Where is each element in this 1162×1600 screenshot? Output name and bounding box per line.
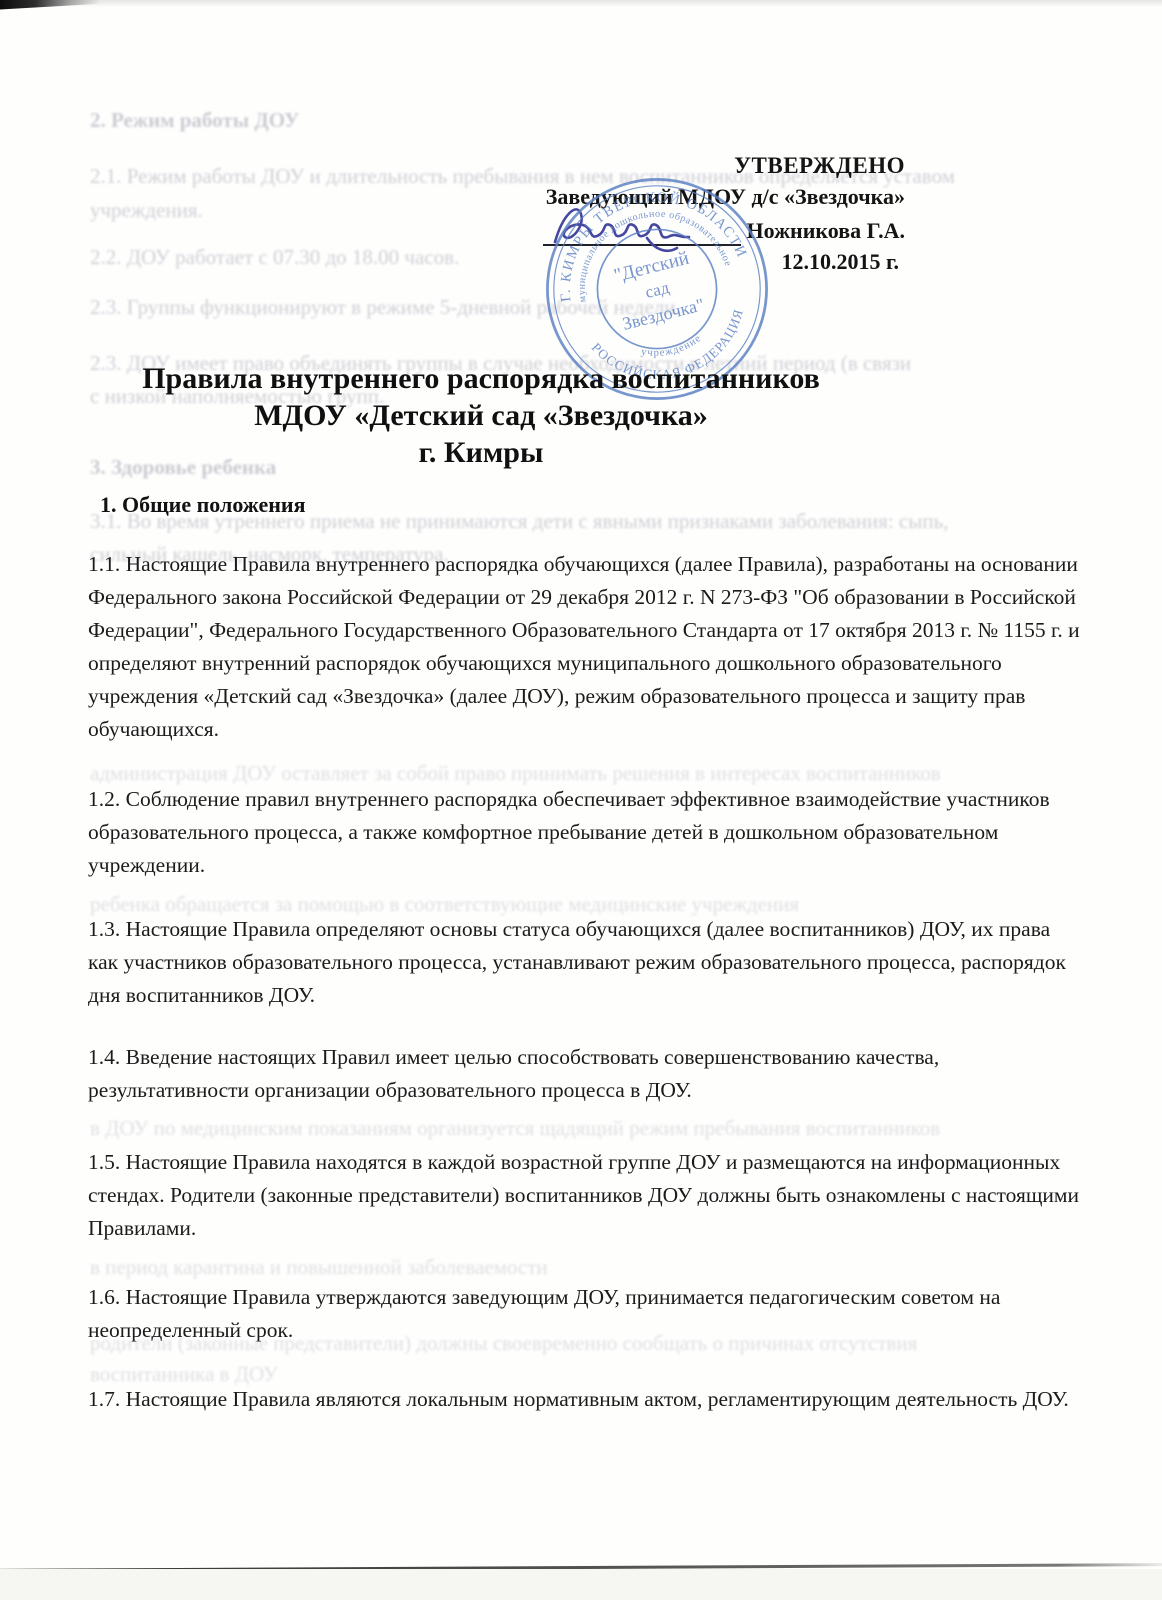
stamp-center-line2: сад	[643, 278, 671, 302]
scanned-document-page: 2. Режим работы ДОУ 2.1. Режим работы ДО…	[0, 0, 1162, 1600]
paragraph-1-4: 1.4. Введение настоящих Правил имеет цел…	[88, 1041, 1083, 1107]
paragraph-1-1: 1.1. Настоящие Правила внутреннего распо…	[88, 548, 1083, 746]
paragraph-1-3: 1.3. Настоящие Правила определяют основы…	[88, 913, 1083, 1012]
stamp-center-line3: Звездочка"	[620, 294, 706, 334]
bleed-line: в ДОУ по медицинским показаниям организу…	[90, 1112, 1100, 1144]
scan-top-edge-shadow	[0, 0, 1162, 7]
title-line-3: г. Кимры	[0, 434, 962, 471]
section-heading: 1. Общие положения	[100, 492, 306, 518]
paragraph-1-7: 1.7. Настоящие Правила являются локальны…	[88, 1383, 1083, 1416]
title-line-1: Правила внутреннего распорядка воспитанн…	[0, 360, 962, 397]
approver-name: Ножникова Г.А.	[747, 215, 906, 246]
paragraph-1-6: 1.6. Настоящие Правила утверждаются заве…	[88, 1281, 1083, 1347]
title-line-2: МДОУ «Детский сад «Звездочка»	[0, 397, 962, 434]
scanner-background	[0, 1569, 1162, 1600]
paragraph-1-5: 1.5. Настоящие Правила находятся в каждо…	[88, 1146, 1083, 1245]
bleed-line: в период карантина и повышенной заболева…	[90, 1251, 1100, 1283]
paragraph-1-2: 1.2. Соблюдение правил внутреннего распо…	[88, 783, 1083, 882]
bleed-line: 2. Режим работы ДОУ	[90, 104, 1100, 136]
document-title: Правила внутреннего распорядка воспитанн…	[0, 360, 962, 471]
